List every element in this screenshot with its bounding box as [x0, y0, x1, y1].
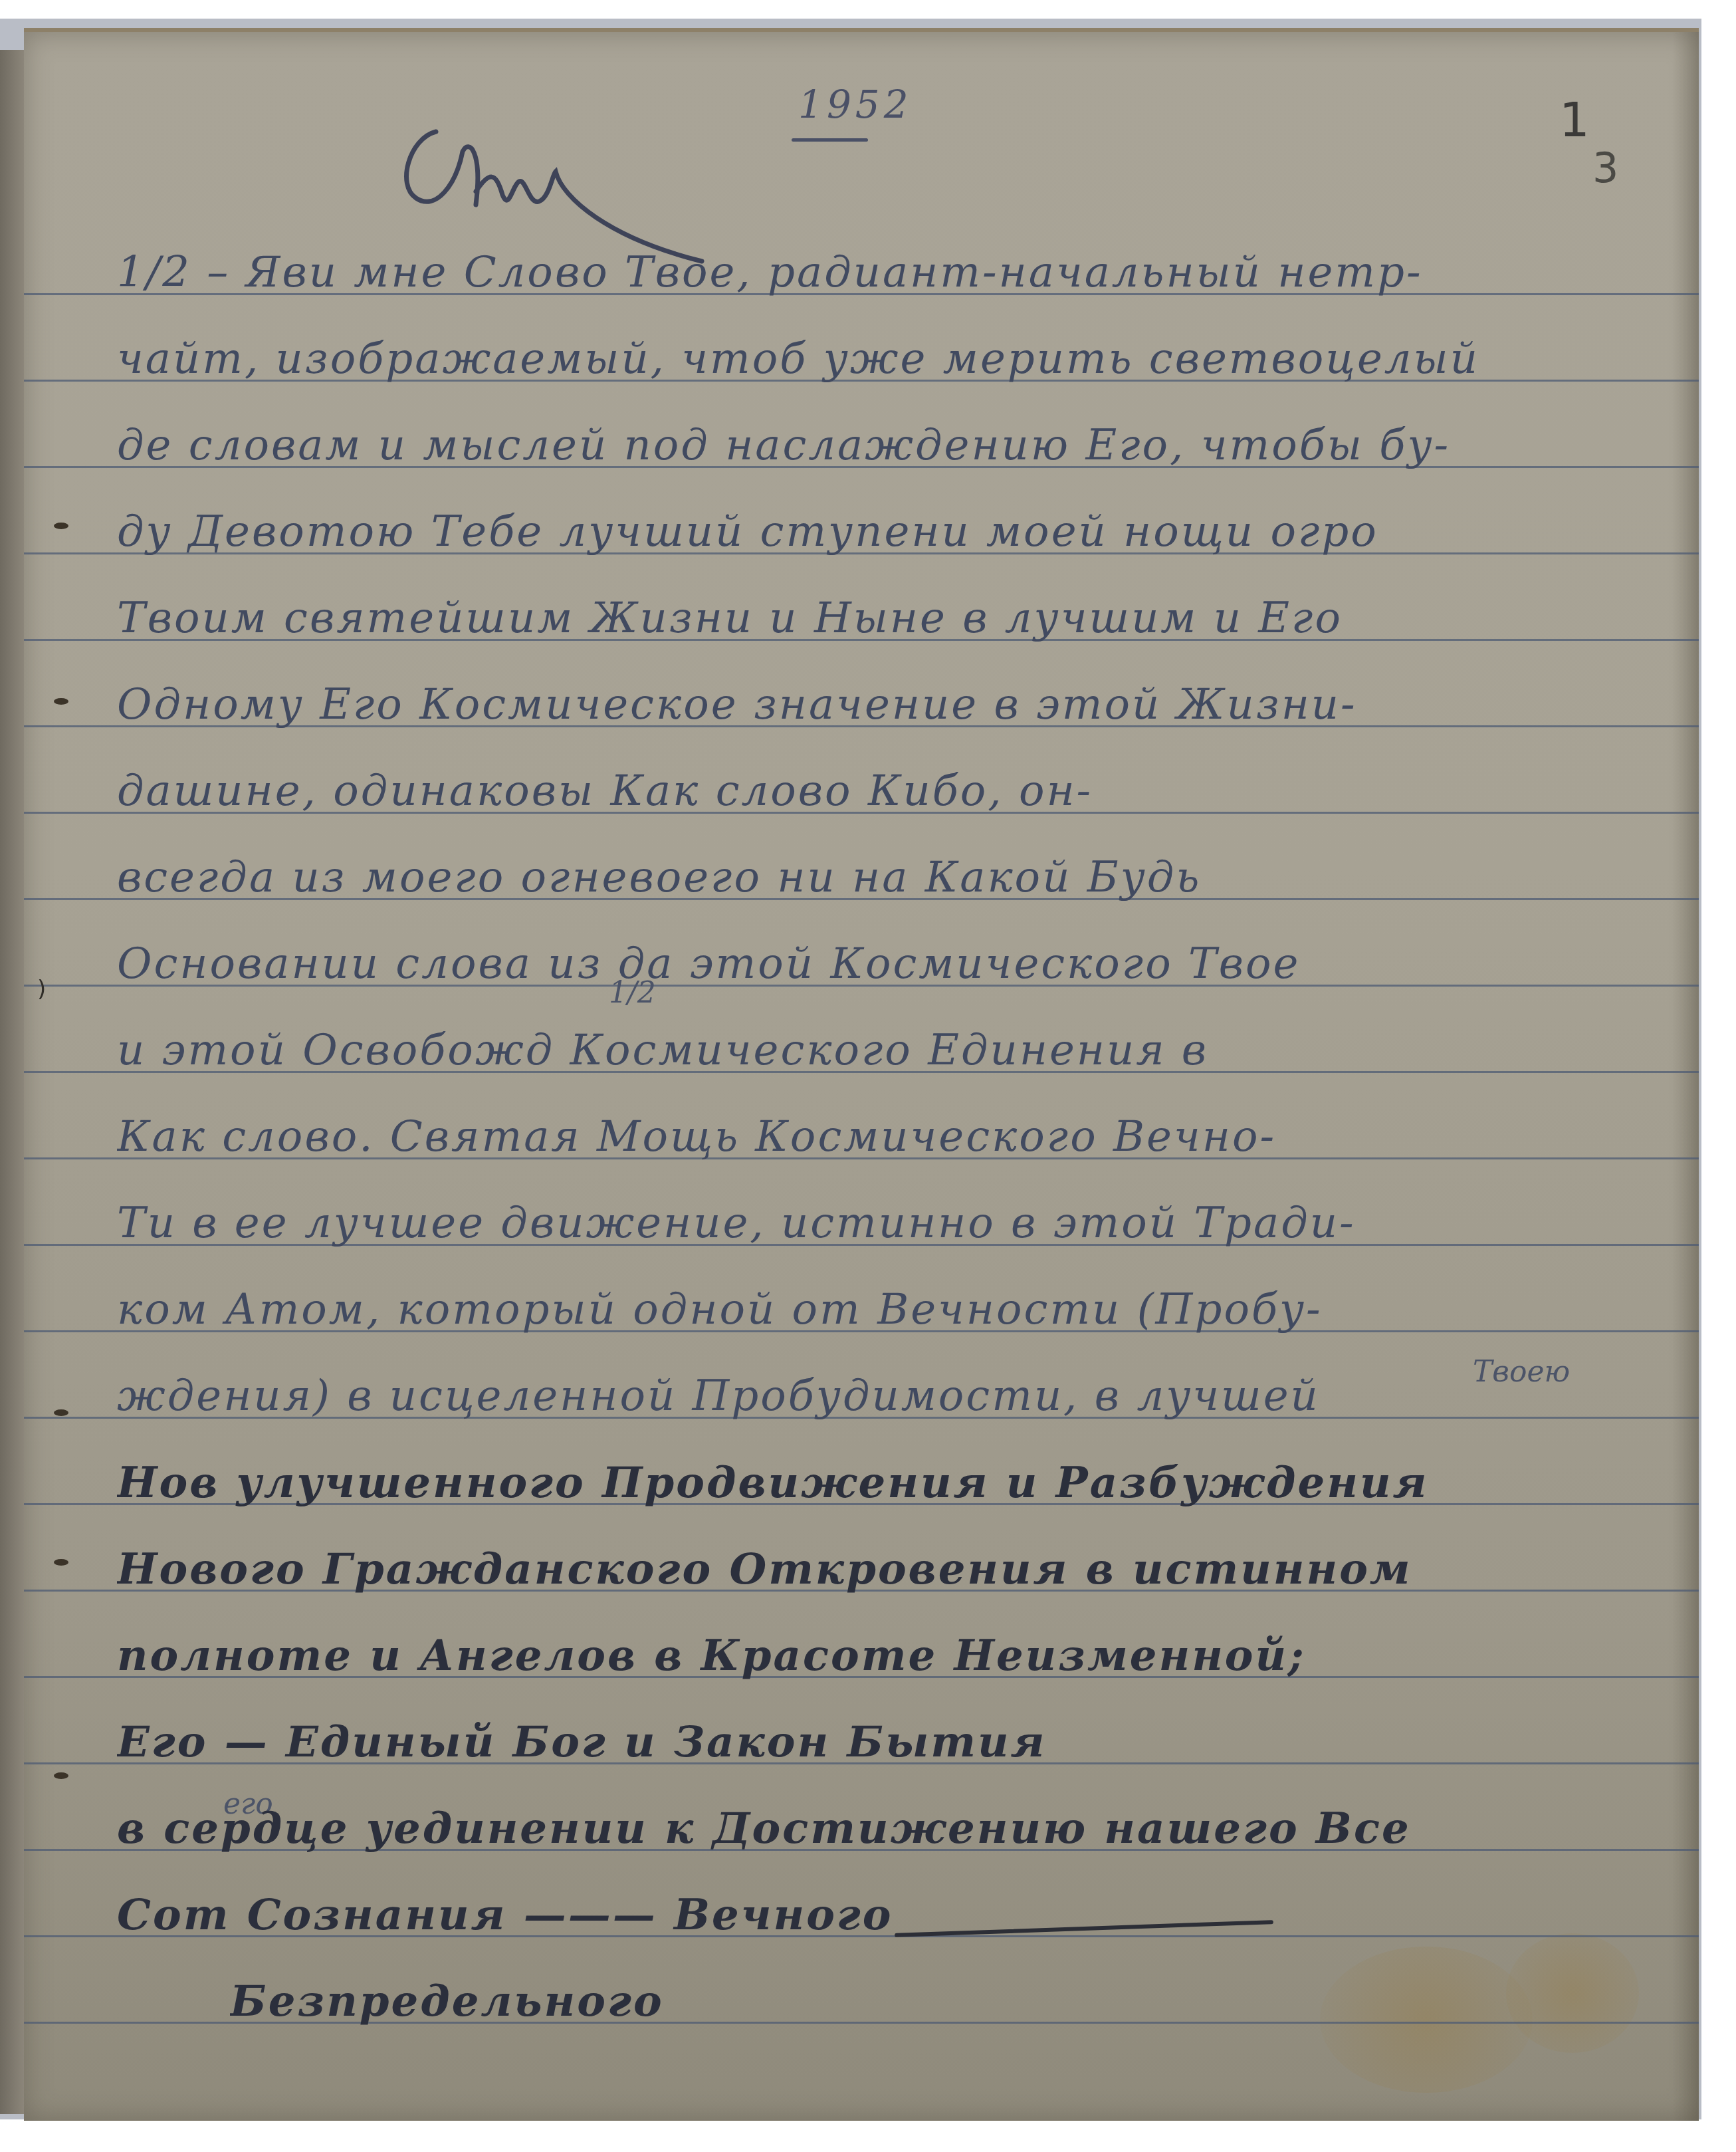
- binding-hole: [54, 523, 68, 529]
- page-number: 1 3: [1559, 92, 1590, 148]
- handwritten-line: Нового Гражданского Откровения в истинно…: [117, 1544, 1685, 1594]
- title-flourish-signature: [396, 112, 795, 265]
- binding-hole: [54, 1409, 68, 1416]
- handwritten-line: полноте и Ангелов в Красоте Неизменной;: [117, 1631, 1685, 1681]
- margin-mark: ): [37, 976, 46, 1003]
- handwritten-line: де словам и мыслей под наслаждению Его, …: [117, 421, 1685, 470]
- binding-hole: [54, 1559, 68, 1566]
- year-heading: 1952: [798, 82, 913, 127]
- notebook-page: ) 1952 Отец 1 3 1/2 – Яви мне Слово Твое…: [24, 28, 1699, 2121]
- handwritten-line: и этой Освобожд Космического Единения в: [117, 1026, 1685, 1075]
- handwritten-line: в сердце уединении к Достижению нашего В…: [117, 1804, 1685, 1853]
- handwritten-line: Его — Единый Бог и Закон Бытия: [117, 1717, 1685, 1767]
- page-number-denominator: 3: [1592, 144, 1618, 192]
- handwritten-line: чайт, изображаемый, чтоб уже мерить свет…: [117, 334, 1685, 384]
- binding-hole: [54, 1772, 68, 1779]
- binding-hole: [54, 698, 68, 705]
- handwritten-line: ду Девотою Тебе лучший ступени моей нощи…: [117, 507, 1685, 556]
- page-number-numerator: 1: [1559, 92, 1590, 148]
- handwritten-line: Одному Его Космическое значение в этой Ж…: [117, 680, 1685, 729]
- handwritten-line: ком Атом, который одной от Вечности (Про…: [117, 1285, 1685, 1334]
- handwritten-line: Твоим святейшим Жизни и Ныне в лучшим и …: [117, 594, 1685, 643]
- year-underline: [792, 138, 868, 142]
- handwritten-line: Безпредельного: [230, 1976, 1736, 2026]
- handwritten-line: Нов улучшенного Продвижения и Разбуждени…: [117, 1458, 1685, 1508]
- handwritten-line: всегда из моего огневоего ни на Какой Бу…: [117, 853, 1685, 902]
- interlinear-note: 1/2: [609, 976, 656, 1010]
- handwritten-line: дашине, одинаковы Как слово Кибо, он-: [117, 767, 1685, 816]
- handwritten-line: Основании слова из да этой Космического …: [117, 939, 1685, 989]
- handwritten-line: Как слово. Святая Мощь Космического Вечн…: [117, 1112, 1685, 1161]
- handwritten-line: ждения) в исцеленной Пробудимости, в луч…: [117, 1372, 1685, 1421]
- handwritten-line: 1/2 – Яви мне Слово Твое, радиант-началь…: [117, 248, 1685, 297]
- handwritten-line: Ти в ее лучшее движение, истинно в этой …: [117, 1199, 1685, 1248]
